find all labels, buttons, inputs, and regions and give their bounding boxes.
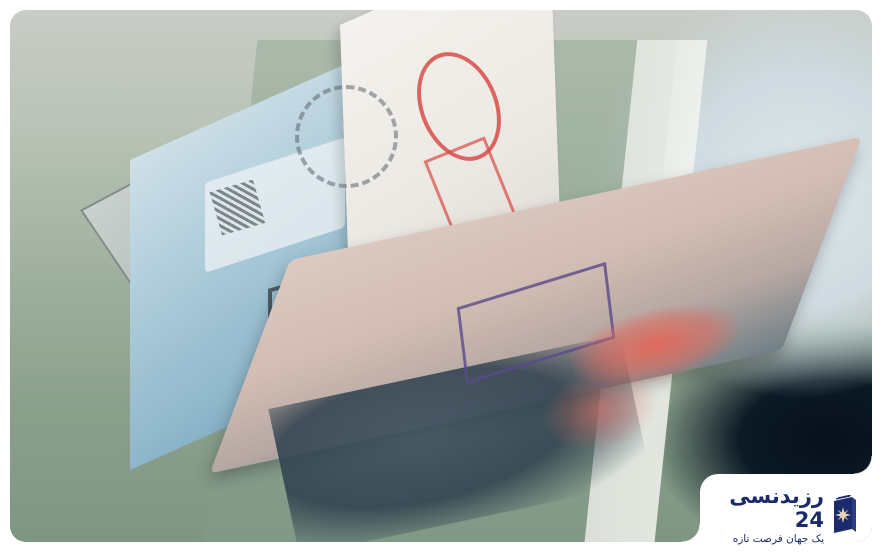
- logo-tab: رزیدنسی 24 یک جهان فرصت تازه: [700, 474, 872, 542]
- book-star-icon: [830, 495, 858, 535]
- brand-name: رزیدنسی 24: [700, 484, 824, 532]
- round-stamp: [295, 85, 398, 188]
- brand-tagline: یک جهان فرصت تازه: [733, 532, 824, 546]
- passport-photo: [10, 10, 872, 542]
- brand-logo[interactable]: رزیدنسی 24 یک جهان فرصت تازه: [700, 484, 858, 546]
- logo-text: رزیدنسی 24 یک جهان فرصت تازه: [700, 484, 824, 546]
